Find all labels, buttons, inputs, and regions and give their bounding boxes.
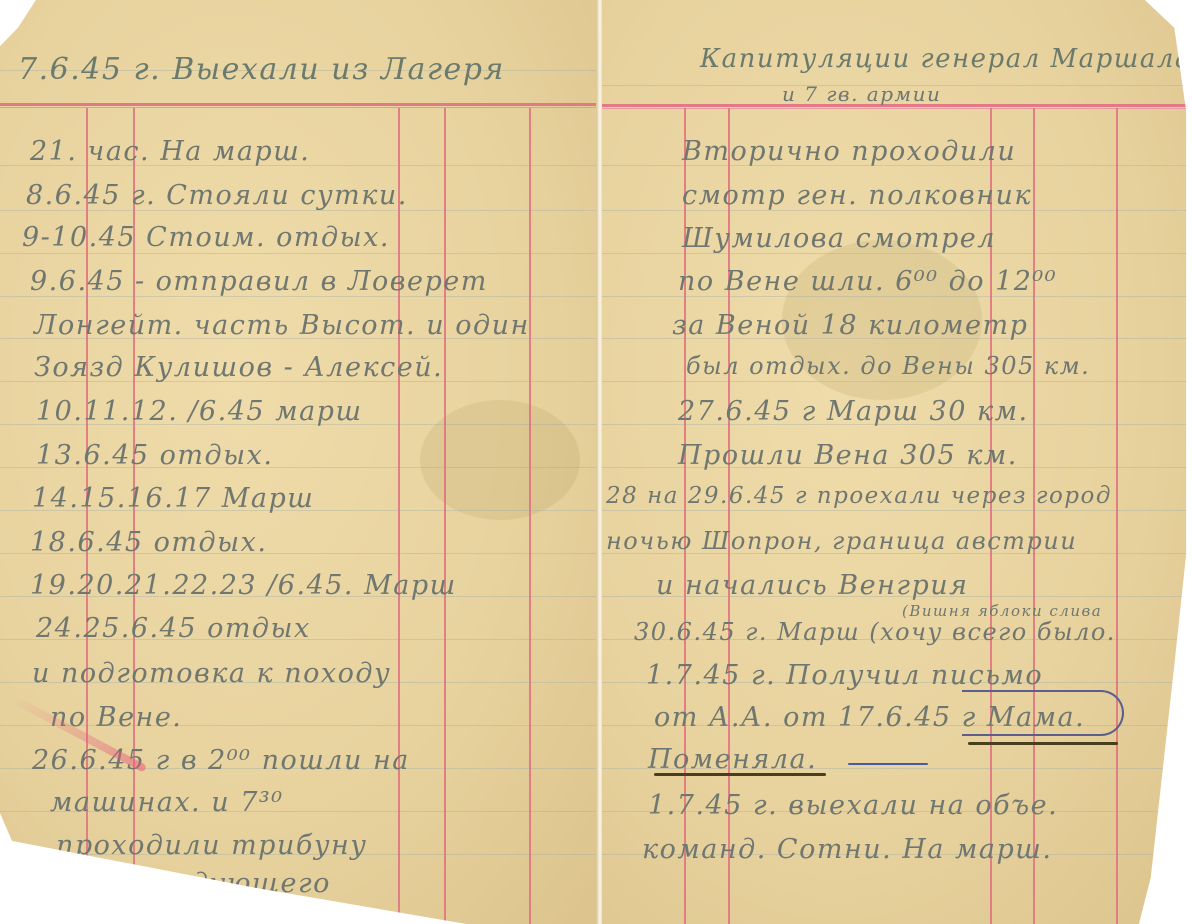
- column-line: [529, 108, 531, 924]
- right-page-subtitle: и 7 гв. армии: [782, 82, 941, 106]
- diary-line: 9.6.45 - отправил в Ловерет: [30, 266, 488, 297]
- diary-line: машинах. и 7³⁰: [50, 787, 284, 818]
- ink-underline: [654, 773, 826, 776]
- diary-line: 24.25.6.45 отдых: [36, 613, 311, 644]
- diary-line: 26.6.45 г в 2⁰⁰ пошли на: [32, 745, 410, 776]
- left-page: 7.6.45 г. Выехали из Лагеря 21. час. На …: [0, 0, 598, 924]
- diary-line: 10.11.12. /6.45 марш: [36, 396, 363, 427]
- diary-line: Командующего: [90, 868, 331, 899]
- diary-line: команд. Сотни. На марш.: [642, 834, 1052, 865]
- diary-line: Зоязд Кулишов - Алексей.: [34, 352, 443, 383]
- diary-line: 28 на 29.6.45 г проехали через город: [606, 483, 1112, 509]
- diary-line: 18.6.45 отдых.: [30, 527, 267, 558]
- diary-line: 21. час. На марш.: [30, 136, 310, 167]
- diary-line: был отдых. до Вены 305 км.: [686, 352, 1090, 380]
- diary-line: и подготовка к походу: [32, 658, 391, 689]
- left-page-title: 7.6.45 г. Выехали из Лагеря: [18, 52, 505, 87]
- diary-line: 27.6.45 г Марш 30 км.: [678, 396, 1029, 427]
- diary-line: 9-10.45 Стоим. отдых.: [22, 222, 390, 253]
- diary-line: 30.6.45 г. Марш (хочу всего было.: [634, 618, 1116, 646]
- diary-line: Вторично проходили: [682, 136, 1016, 167]
- blue-underline: [848, 763, 928, 765]
- diary-line: по Вене шли. 6⁰⁰ до 12⁰⁰: [678, 266, 1057, 297]
- ink-bracket: [962, 690, 1124, 736]
- diary-line: 19.20.21.22.23 /6.45. Марш: [30, 570, 457, 601]
- right-page-title: Капитуляции генерал Маршала!: [700, 44, 1192, 74]
- diary-line: Шумилова смотрел: [682, 223, 996, 254]
- diary-line: 1.7.45 г. Получил письмо: [646, 660, 1043, 691]
- diary-line: ночью Шопрон, граница австрии: [606, 527, 1077, 555]
- diary-line: Поменяла.: [648, 744, 817, 775]
- diary-line: 1.7.45 г. выехали на объе.: [648, 790, 1058, 821]
- diary-line: смотр ген. полковник: [682, 180, 1032, 211]
- header-rule: [0, 103, 598, 108]
- right-page: Капитуляции генерал Маршала! и 7 гв. арм…: [602, 0, 1192, 924]
- diary-line: и начались Венгрия: [656, 570, 969, 601]
- column-line: [1116, 108, 1118, 924]
- diary-line: проходили трибуну: [56, 830, 367, 861]
- diary-line: 14.15.16.17 Марш: [32, 483, 314, 514]
- diary-line: за Веной 18 километр: [672, 310, 1028, 341]
- column-line: [444, 108, 446, 924]
- diary-line: Лонгейт. часть Высот. и один: [34, 310, 530, 341]
- column-line: [398, 108, 400, 924]
- diary-line: 13.6.45 отдых.: [36, 440, 273, 471]
- ink-underline: [968, 742, 1118, 745]
- diary-line: Прошли Вена 305 км.: [678, 440, 1018, 471]
- diary-line: 8.6.45 г. Стояли сутки.: [26, 180, 408, 211]
